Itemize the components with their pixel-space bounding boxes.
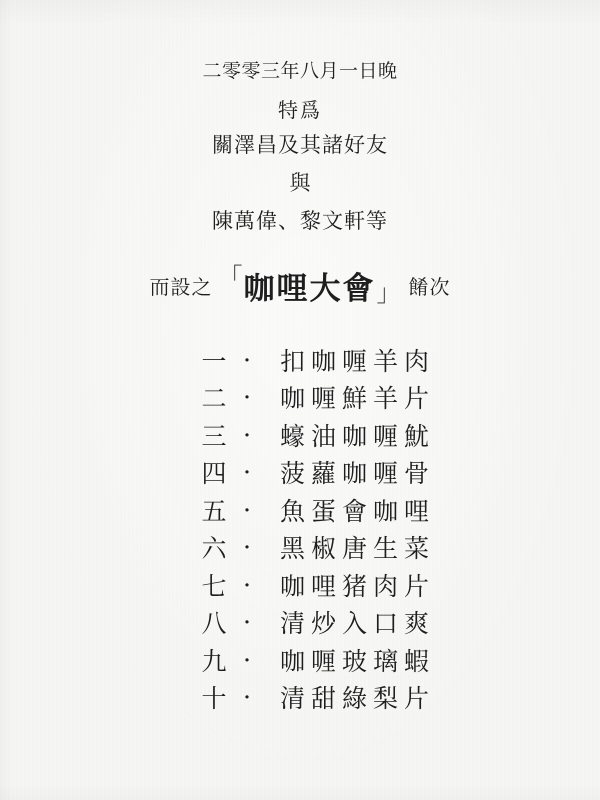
cohosts-line: 陳萬偉、黎文軒等 [0,205,600,235]
close-quote: 」 [377,281,401,305]
banquet-title-line: 而設之 「 咖哩大會 」 餚次 [0,258,600,312]
dish-name: 魚蛋會咖哩 [280,492,435,528]
banquet-title-prefix: 而設之 [150,271,213,300]
banquet-name: 咖哩大會 [244,263,376,308]
menu-row: 七 ・ 咖哩猪肉片 [198,566,435,604]
menu-row: 八 ・ 清炒入口爽 [198,604,435,642]
menu-list: 一 ・ 扣咖喱羊肉 二 ・ 咖喱鮮羊片 三 ・ 蠔油咖喱魷 四 ・ 菠蘿咖喱骨 … [198,341,435,716]
item-number: 三 [198,417,230,453]
dish-name: 黑椒唐生菜 [280,529,435,565]
item-number: 一 [198,342,230,378]
date-line: 二零零三年八月一日晚 [0,56,600,83]
dish-name: 扣咖喱羊肉 [280,342,435,378]
menu-row: 二 ・ 咖喱鮮羊片 [198,379,435,417]
item-separator: ・ [238,534,256,560]
item-separator: ・ [238,497,256,523]
menu-row: 十 ・ 清甜綠梨片 [198,679,435,717]
dedication-line: 特爲 [0,94,600,123]
dish-name: 咖喱玻璃蝦 [280,642,435,678]
dish-name: 菠蘿咖喱骨 [280,454,435,490]
item-number: 五 [198,492,230,528]
item-separator: ・ [238,647,256,673]
item-separator: ・ [238,684,256,710]
menu-row: 五 ・ 魚蛋會咖哩 [198,491,435,529]
menu-row: 六 ・ 黑椒唐生菜 [198,529,435,567]
item-number: 十 [198,679,230,715]
dish-name: 咖哩猪肉片 [280,567,435,603]
item-separator: ・ [238,609,256,635]
conjunction-line: 與 [0,167,600,197]
honoree-line: 關澤昌及其諸好友 [0,129,600,159]
dish-name: 咖喱鮮羊片 [280,379,435,415]
dish-name: 清炒入口爽 [280,604,435,640]
menu-row: 一 ・ 扣咖喱羊肉 [198,341,435,379]
menu-row: 四 ・ 菠蘿咖喱骨 [198,454,435,492]
scanned-menu-page: 二零零三年八月一日晚 特爲 關澤昌及其諸好友 與 陳萬偉、黎文軒等 而設之 「 … [0,0,600,800]
item-number: 九 [198,642,230,678]
item-separator: ・ [238,347,256,373]
item-separator: ・ [238,384,256,410]
dish-name: 清甜綠梨片 [280,679,435,715]
open-quote: 「 [219,265,243,289]
menu-row: 三 ・ 蠔油咖喱魷 [198,416,435,454]
item-number: 七 [198,567,230,603]
item-number: 二 [198,379,230,415]
item-separator: ・ [238,572,256,598]
banquet-title-suffix: 餚次 [409,271,451,300]
item-number: 六 [198,529,230,565]
item-number: 八 [198,604,230,640]
dish-name: 蠔油咖喱魷 [280,417,435,453]
menu-row: 九 ・ 咖喱玻璃蝦 [198,641,435,679]
item-number: 四 [198,454,230,490]
item-separator: ・ [238,422,256,448]
item-separator: ・ [238,459,256,485]
